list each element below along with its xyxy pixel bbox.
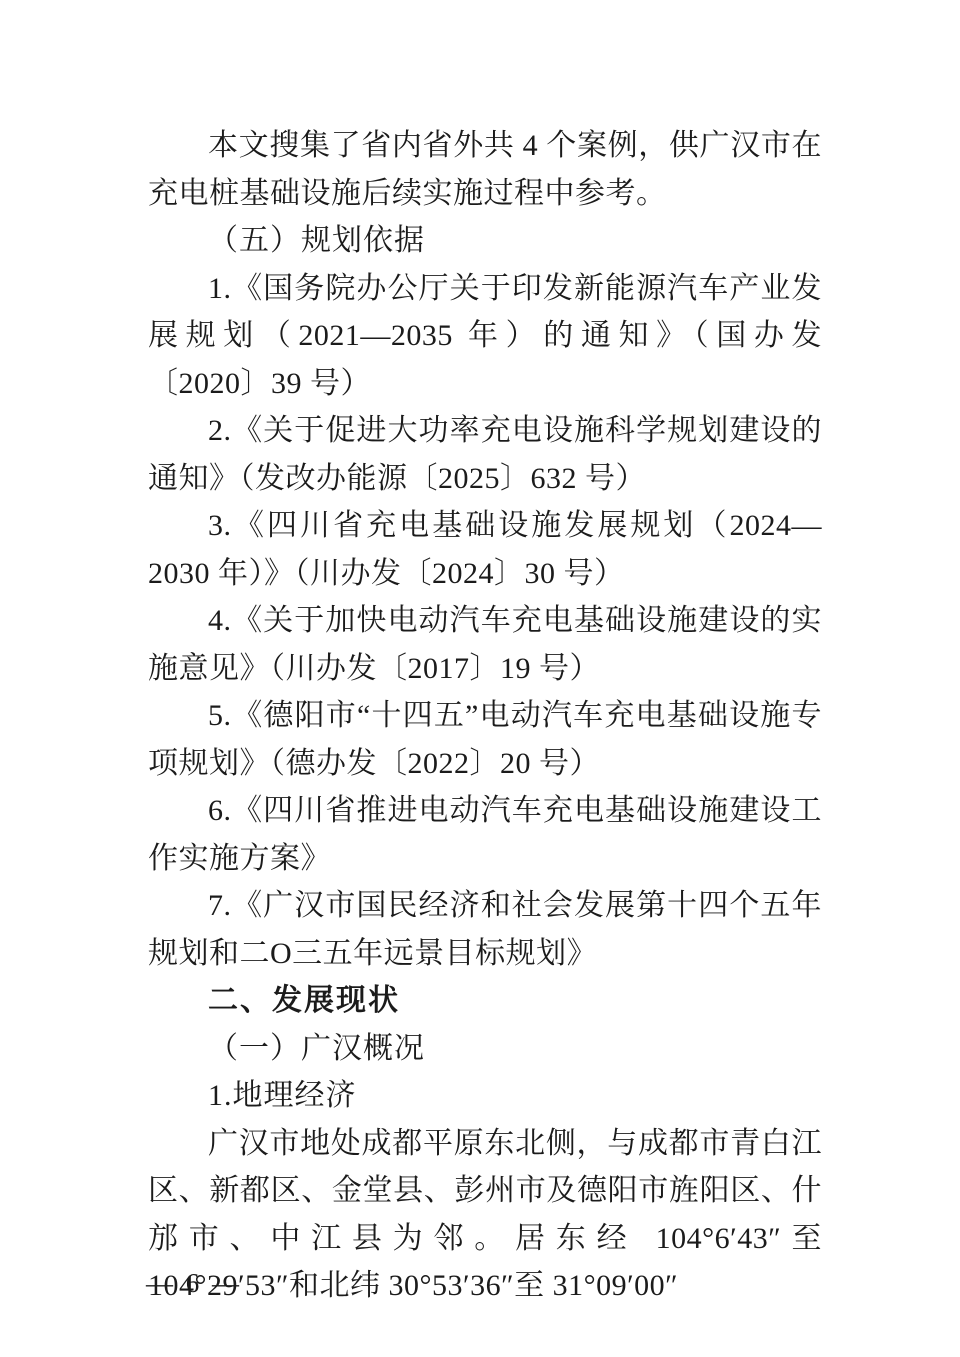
document-body: 本文搜集了省内省外共 4 个案例，供广汉市在充电桩基础设施后续实施过程中参考。（…: [148, 122, 822, 1310]
heading-1-geography-economy: 1.地理经济: [148, 1072, 822, 1120]
document-page: 本文搜集了省内省外共 4 个案例，供广汉市在充电桩基础设施后续实施过程中参考。（…: [0, 0, 960, 1357]
reference-item-1: 1.《国务院办公厅关于印发新能源汽车产业发展规划（2021—2035 年）的通知…: [148, 265, 822, 408]
paragraph-case-summary: 本文搜集了省内省外共 4 个案例，供广汉市在充电桩基础设施后续实施过程中参考。: [148, 122, 822, 217]
reference-item-3: 3.《四川省充电基础设施发展规划（2024—2030 年）》（川办发〔2024〕…: [148, 502, 822, 597]
heading-section-5-planning-basis: （五）规划依据: [148, 217, 822, 265]
page-number: — 6 —: [146, 1268, 242, 1299]
heading-section-1-guanghan-overview: （一）广汉概况: [148, 1025, 822, 1073]
paragraph-geography: 广汉市地处成都平原东北侧，与成都市青白江区、新都区、金堂县、彭州市及德阳市旌阳区…: [148, 1120, 822, 1310]
reference-item-6: 6.《四川省推进电动汽车充电基础设施建设工作实施方案》: [148, 787, 822, 882]
reference-item-5: 5.《德阳市“十四五”电动汽车充电基础设施专项规划》（德办发〔2022〕20 号…: [148, 692, 822, 787]
reference-item-4: 4.《关于加快电动汽车充电基础设施建设的实施意见》（川办发〔2017〕19 号）: [148, 597, 822, 692]
reference-item-2: 2.《关于促进大功率充电设施科学规划建设的通知》（发改办能源〔2025〕632 …: [148, 407, 822, 502]
heading-chapter-2-development-status: 二、发展现状: [148, 977, 822, 1025]
reference-item-7: 7.《广汉市国民经济和社会发展第十四个五年规划和二O三五年远景目标规划》: [148, 882, 822, 977]
